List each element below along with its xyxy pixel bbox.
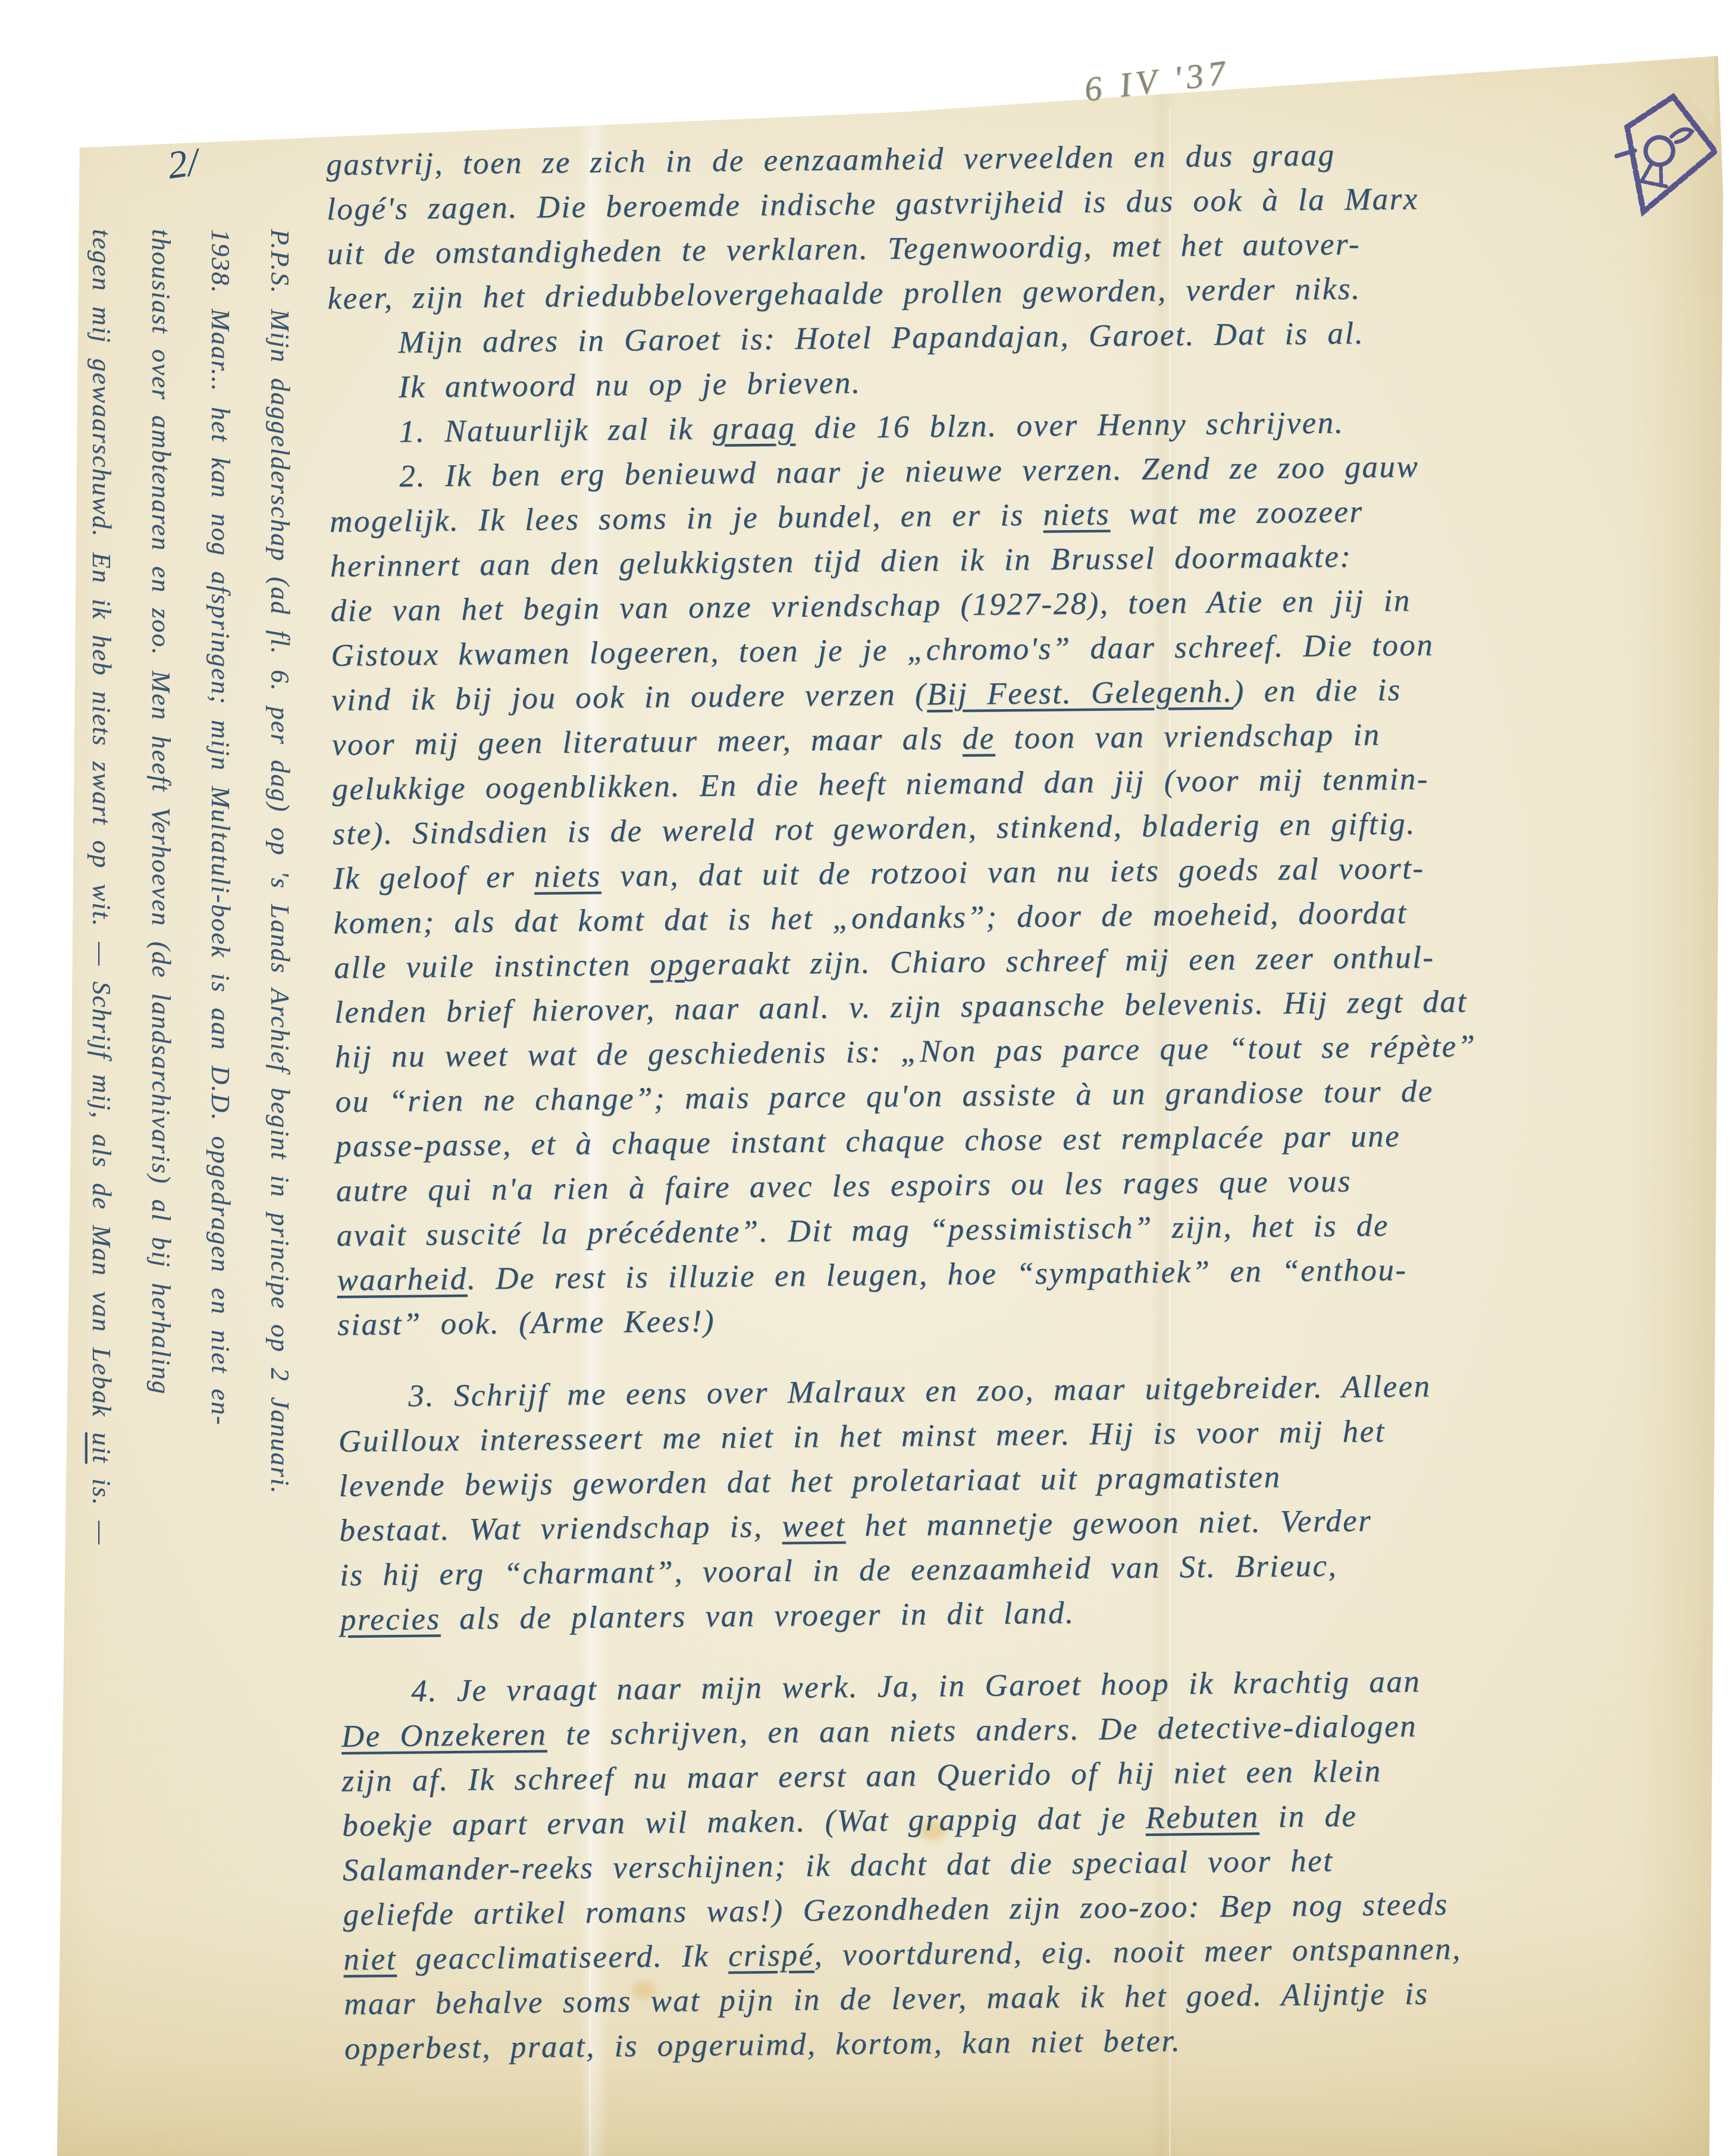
letter-body: gastvrij, toen ze zich in de eenzaamheid…	[326, 130, 1730, 2072]
marginalia-line: 1938. Maar... het kan nog afspringen; mi…	[190, 229, 250, 2121]
marginalia-line: tegen mij gewaarschuwd. En ik heb niets …	[71, 229, 131, 2121]
page-number: 2/	[165, 140, 201, 189]
marginalia-line: P.P.S. Mijn daggelderschap (ad fl. 6. pe…	[250, 229, 309, 2121]
marginalia-postscript: P.P.S. Mijn daggelderschap (ad fl. 6. pe…	[71, 229, 309, 2121]
scanned-letter-page: 2/ 6 IV '37 gastvrij, toen ze zich in de…	[0, 0, 1730, 2156]
marginalia-line: thousiast over ambtenaren en zoo. Men he…	[131, 229, 190, 2121]
